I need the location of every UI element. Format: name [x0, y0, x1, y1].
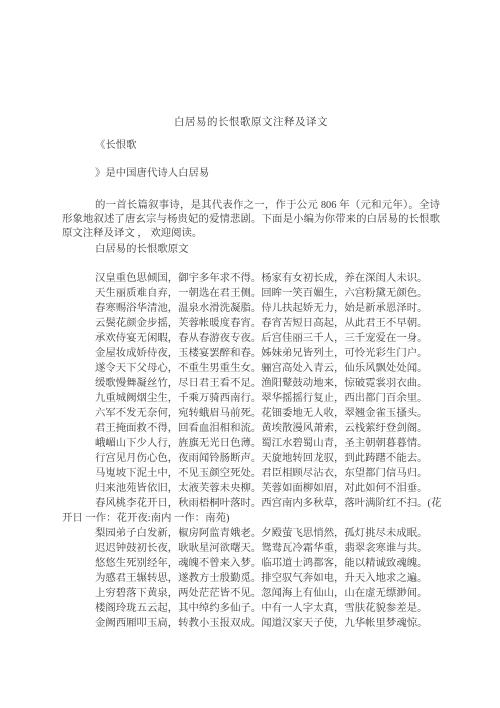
poem-line: 君王掩面救不得，回看血泪相和流。黄埃散漫风萧索，云栈萦纡登剑阁。 — [62, 421, 440, 436]
poem-line: 峨嵋山下少人行，旌旗无光日色薄。蜀江水碧蜀山青，圣主朝朝暮暮情。 — [62, 436, 440, 451]
intro-paragraph-3: 的一首长篇叙事诗，是其代表作之一，作于公元 806 年（元和元年）。全诗形象地叙… — [62, 199, 440, 241]
poem-line: 缓歌慢舞凝丝竹，尽日君王看不足。渔阳鼙鼓动地来，惊破霓裳羽衣曲。 — [62, 376, 440, 391]
poem-line-continuation: 开日 一作：花开夜:南内 一作：南苑) — [62, 511, 440, 526]
poem-line: 金阙西厢叩玉扃，转教小玉报双成。闻道汉家天子使，九华帐里梦魂惊。 — [62, 616, 440, 631]
intro-paragraph-1: 《长恨歌 — [62, 139, 440, 152]
poem-line: 天生丽质难自弃，一朝选在君王侧。回眸一笑百媚生，六宫粉黛无颜色。 — [62, 286, 440, 301]
poem-line: 行宫见月伤心色，夜雨闻铃肠断声。天旋地转回龙驭，到此踌躇不能去。 — [62, 451, 440, 466]
poem-line: 承欢侍宴无闲暇，春从春游夜专夜。后宫佳丽三千人，三千宠爱在一身。 — [62, 331, 440, 346]
poem-line: 汉皇重色思倾国，御宇多年求不得。杨家有女初长成，养在深闺人未识。 — [62, 271, 440, 286]
document-page: 白居易的长恨歌原文注释及译文 《长恨歌 》是中国唐代诗人白居易 的一首长篇叙事诗… — [0, 0, 500, 708]
poem-line: 梨园弟子白发新，椒房阿监青娥老。夕殿萤飞思悄然，孤灯挑尽未成眠。 — [62, 526, 440, 541]
poem-line: 云鬓花颜金步摇，芙蓉帐暖度春宵。春宵苦短日高起，从此君王不早朝。 — [62, 316, 440, 331]
poem-line: 六军不发无奈何，宛转蛾眉马前死。花钿委地无人收，翠翘金雀玉搔头。 — [62, 406, 440, 421]
poem-line: 金屋妆成娇侍夜，玉楼宴罢醉和春。姊妹弟兄皆列土，可怜光彩生门户。 — [62, 346, 440, 361]
poem-line: 迟迟钟鼓初长夜，耿耿星河欲曙天。鸳鸯瓦冷霜华重，翡翠衾寒谁与共。 — [62, 541, 440, 556]
page-title: 白居易的长恨歌原文注释及译文 — [62, 116, 440, 129]
poem-line: 春风桃李花开日，秋雨梧桐叶落时。西宫南内多秋草，落叶满阶红不扫。(花 — [62, 496, 440, 511]
poem-line: 上穷碧落下黄泉，两处茫茫皆不见。忽闻海上有仙山，山在虚无缥渺间。 — [62, 586, 440, 601]
poem-line: 为感君王辗转思，遂教方士殷勤觅。排空驭气奔如电，升天入地求之遍。 — [62, 571, 440, 586]
poem-line: 春寒赐浴华清池，温泉水滑洗凝脂。侍儿扶起娇无力，始是新承恩泽时。 — [62, 301, 440, 316]
poem-line: 归来池苑皆依旧，太液芙蓉未央柳。芙蓉如面柳如眉，对此如何不泪垂。 — [62, 481, 440, 496]
section-heading: 白居易的长恨歌原文 — [62, 243, 440, 256]
poem-line: 楼阁玲珑五云起，其中绰约多仙子。中有一人字太真，雪肤花貌参差是。 — [62, 601, 440, 616]
poem-line: 悠悠生死别经年，魂魄不曾来入梦。临邛道士鸿都客，能以精诚致魂魄。 — [62, 556, 440, 571]
poem-line: 九重城阙烟尘生，千乘万骑西南行。翠华摇摇行复止，西出都门百余里。 — [62, 391, 440, 406]
poem-line: 马嵬坡下泥土中，不见玉颜空死处。君臣相顾尽沾衣，东望都门信马归。 — [62, 466, 440, 481]
intro-paragraph-2: 》是中国唐代诗人白居易 — [62, 167, 440, 180]
poem-body: 汉皇重色思倾国，御宇多年求不得。杨家有女初长成，养在深闺人未识。 天生丽质难自弃… — [62, 271, 440, 631]
poem-line: 遂令天下父母心，不重生男重生女。骊宫高处入青云，仙乐风飘处处闻。 — [62, 361, 440, 376]
